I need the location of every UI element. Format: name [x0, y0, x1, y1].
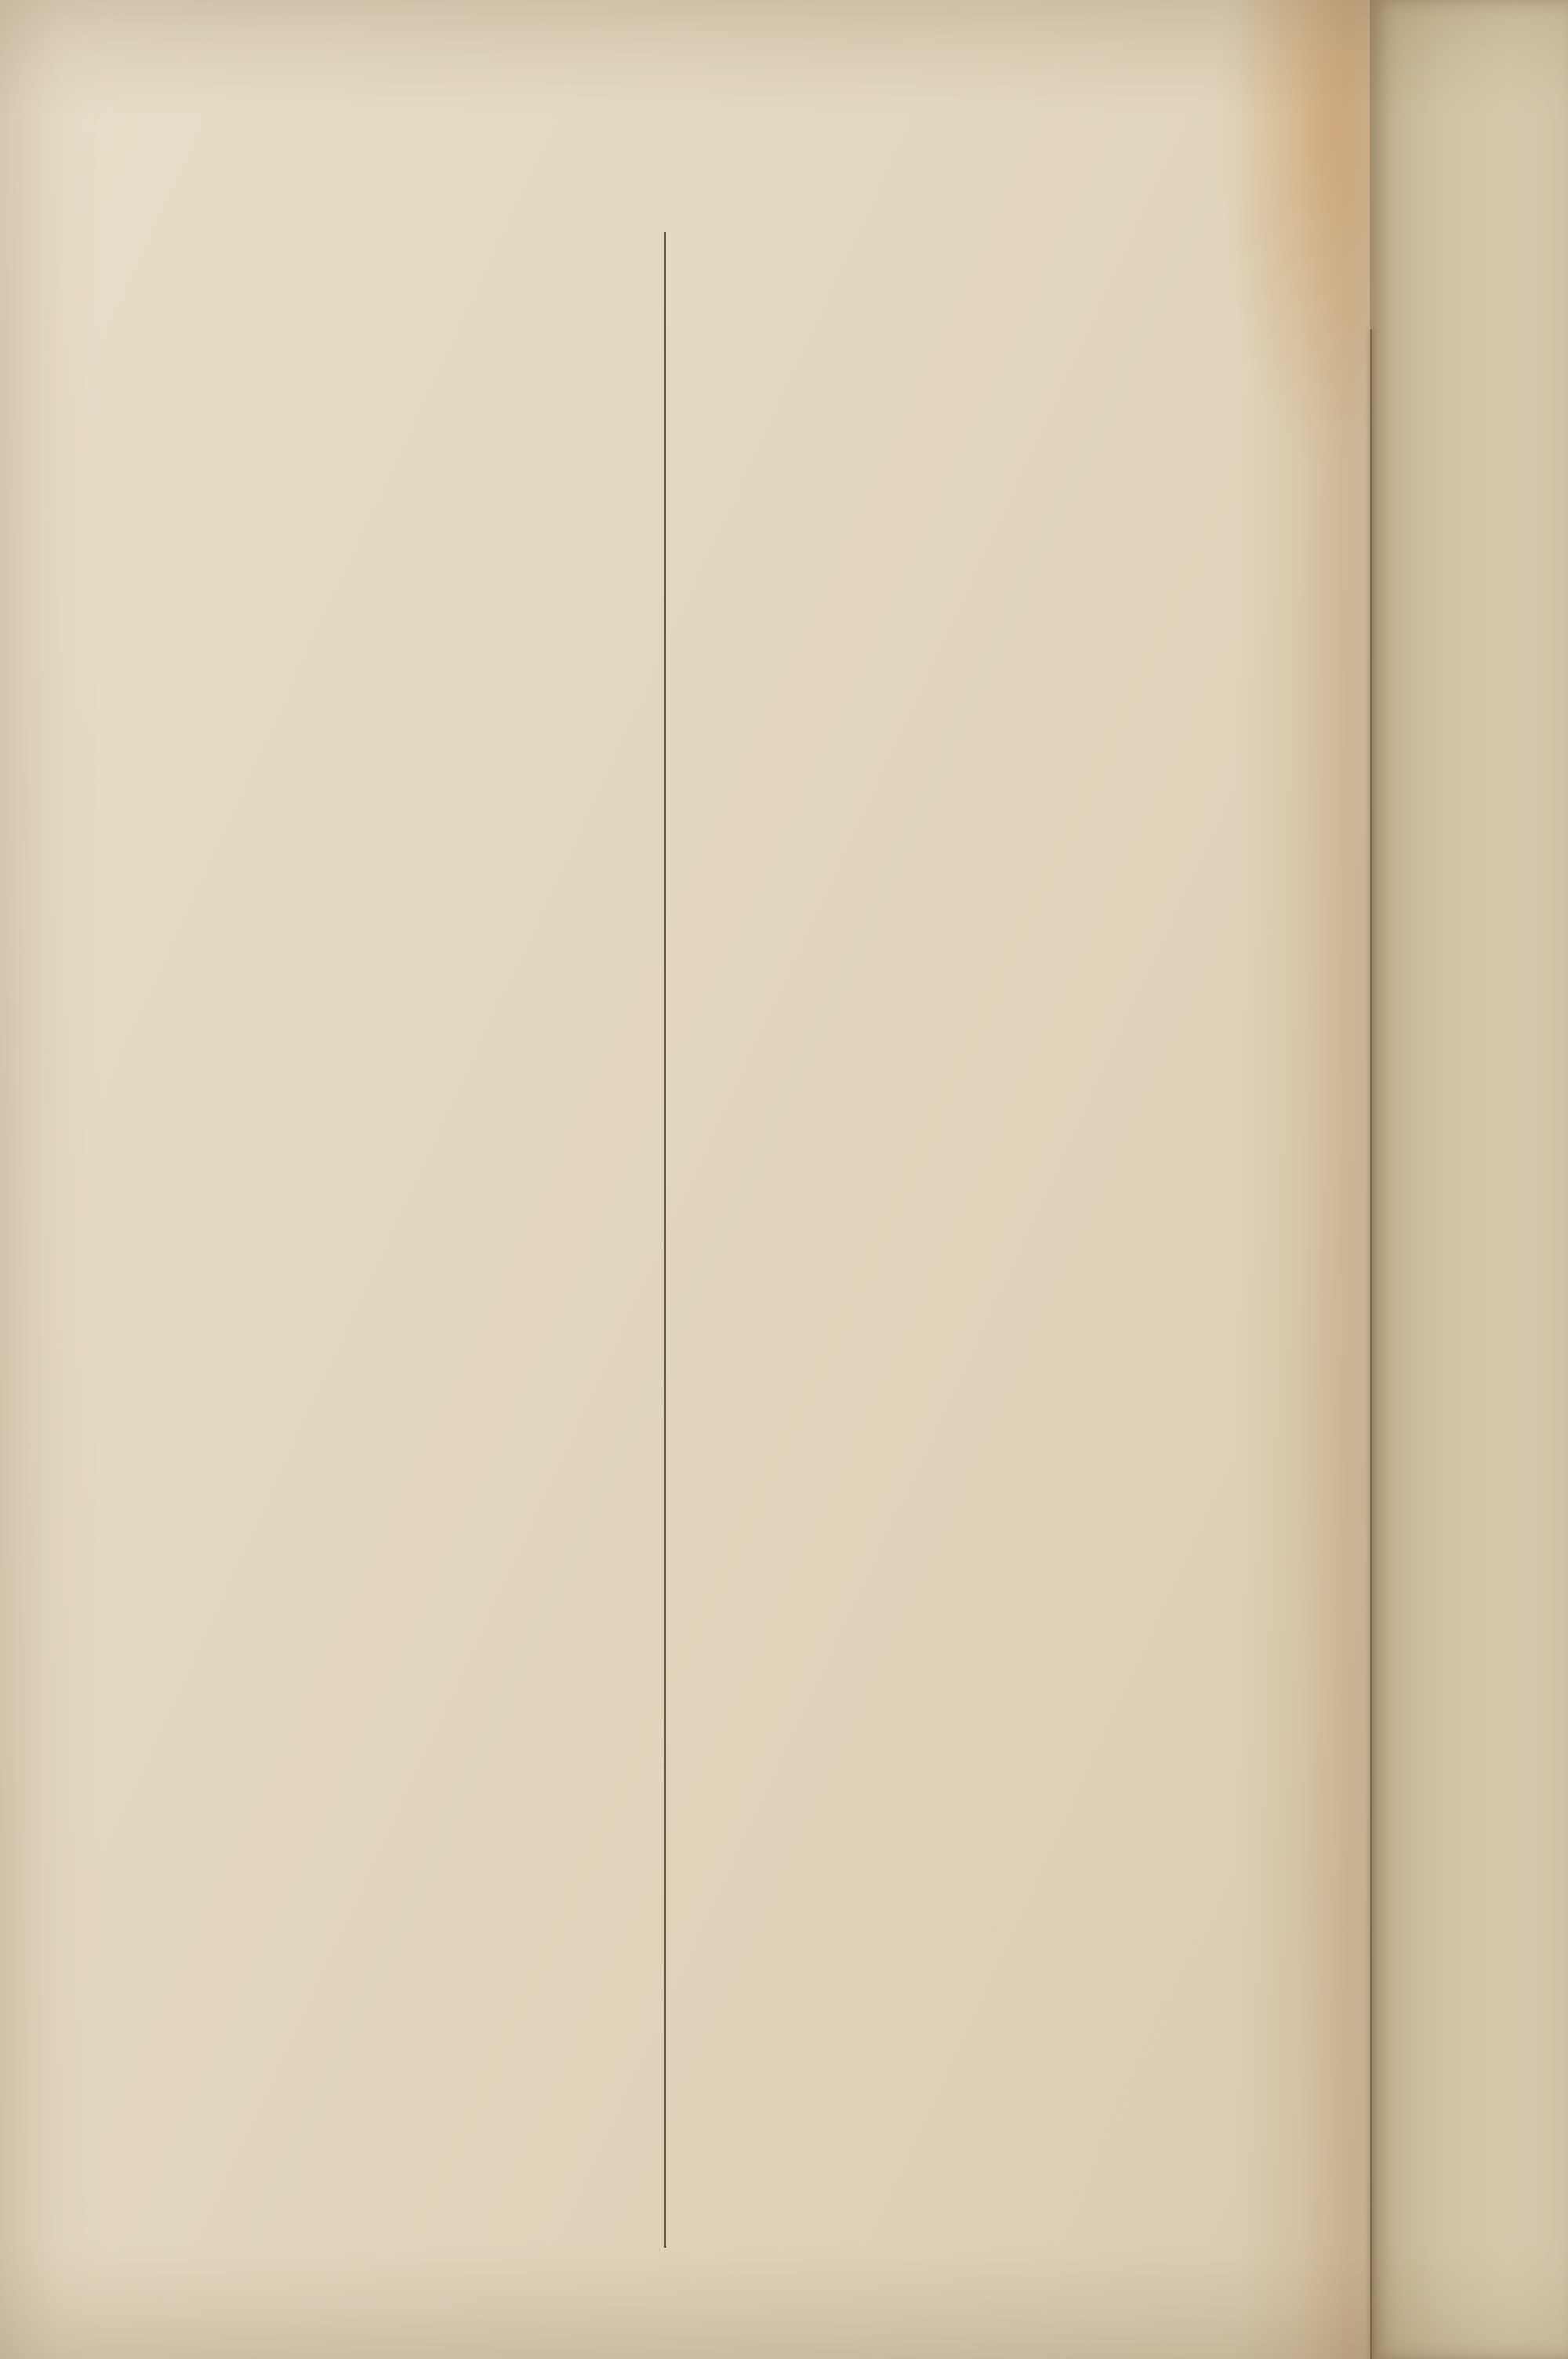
gutter-discoloration: [1237, 0, 1370, 2359]
column-divider-rule: [664, 232, 666, 2248]
facing-page-edge: [1370, 0, 1568, 2359]
scan-vignette: [0, 0, 1568, 2359]
page-edge-crease: [1370, 329, 1372, 2359]
book-scan: [0, 0, 1568, 2359]
gutter-stain: [1214, 0, 1370, 471]
